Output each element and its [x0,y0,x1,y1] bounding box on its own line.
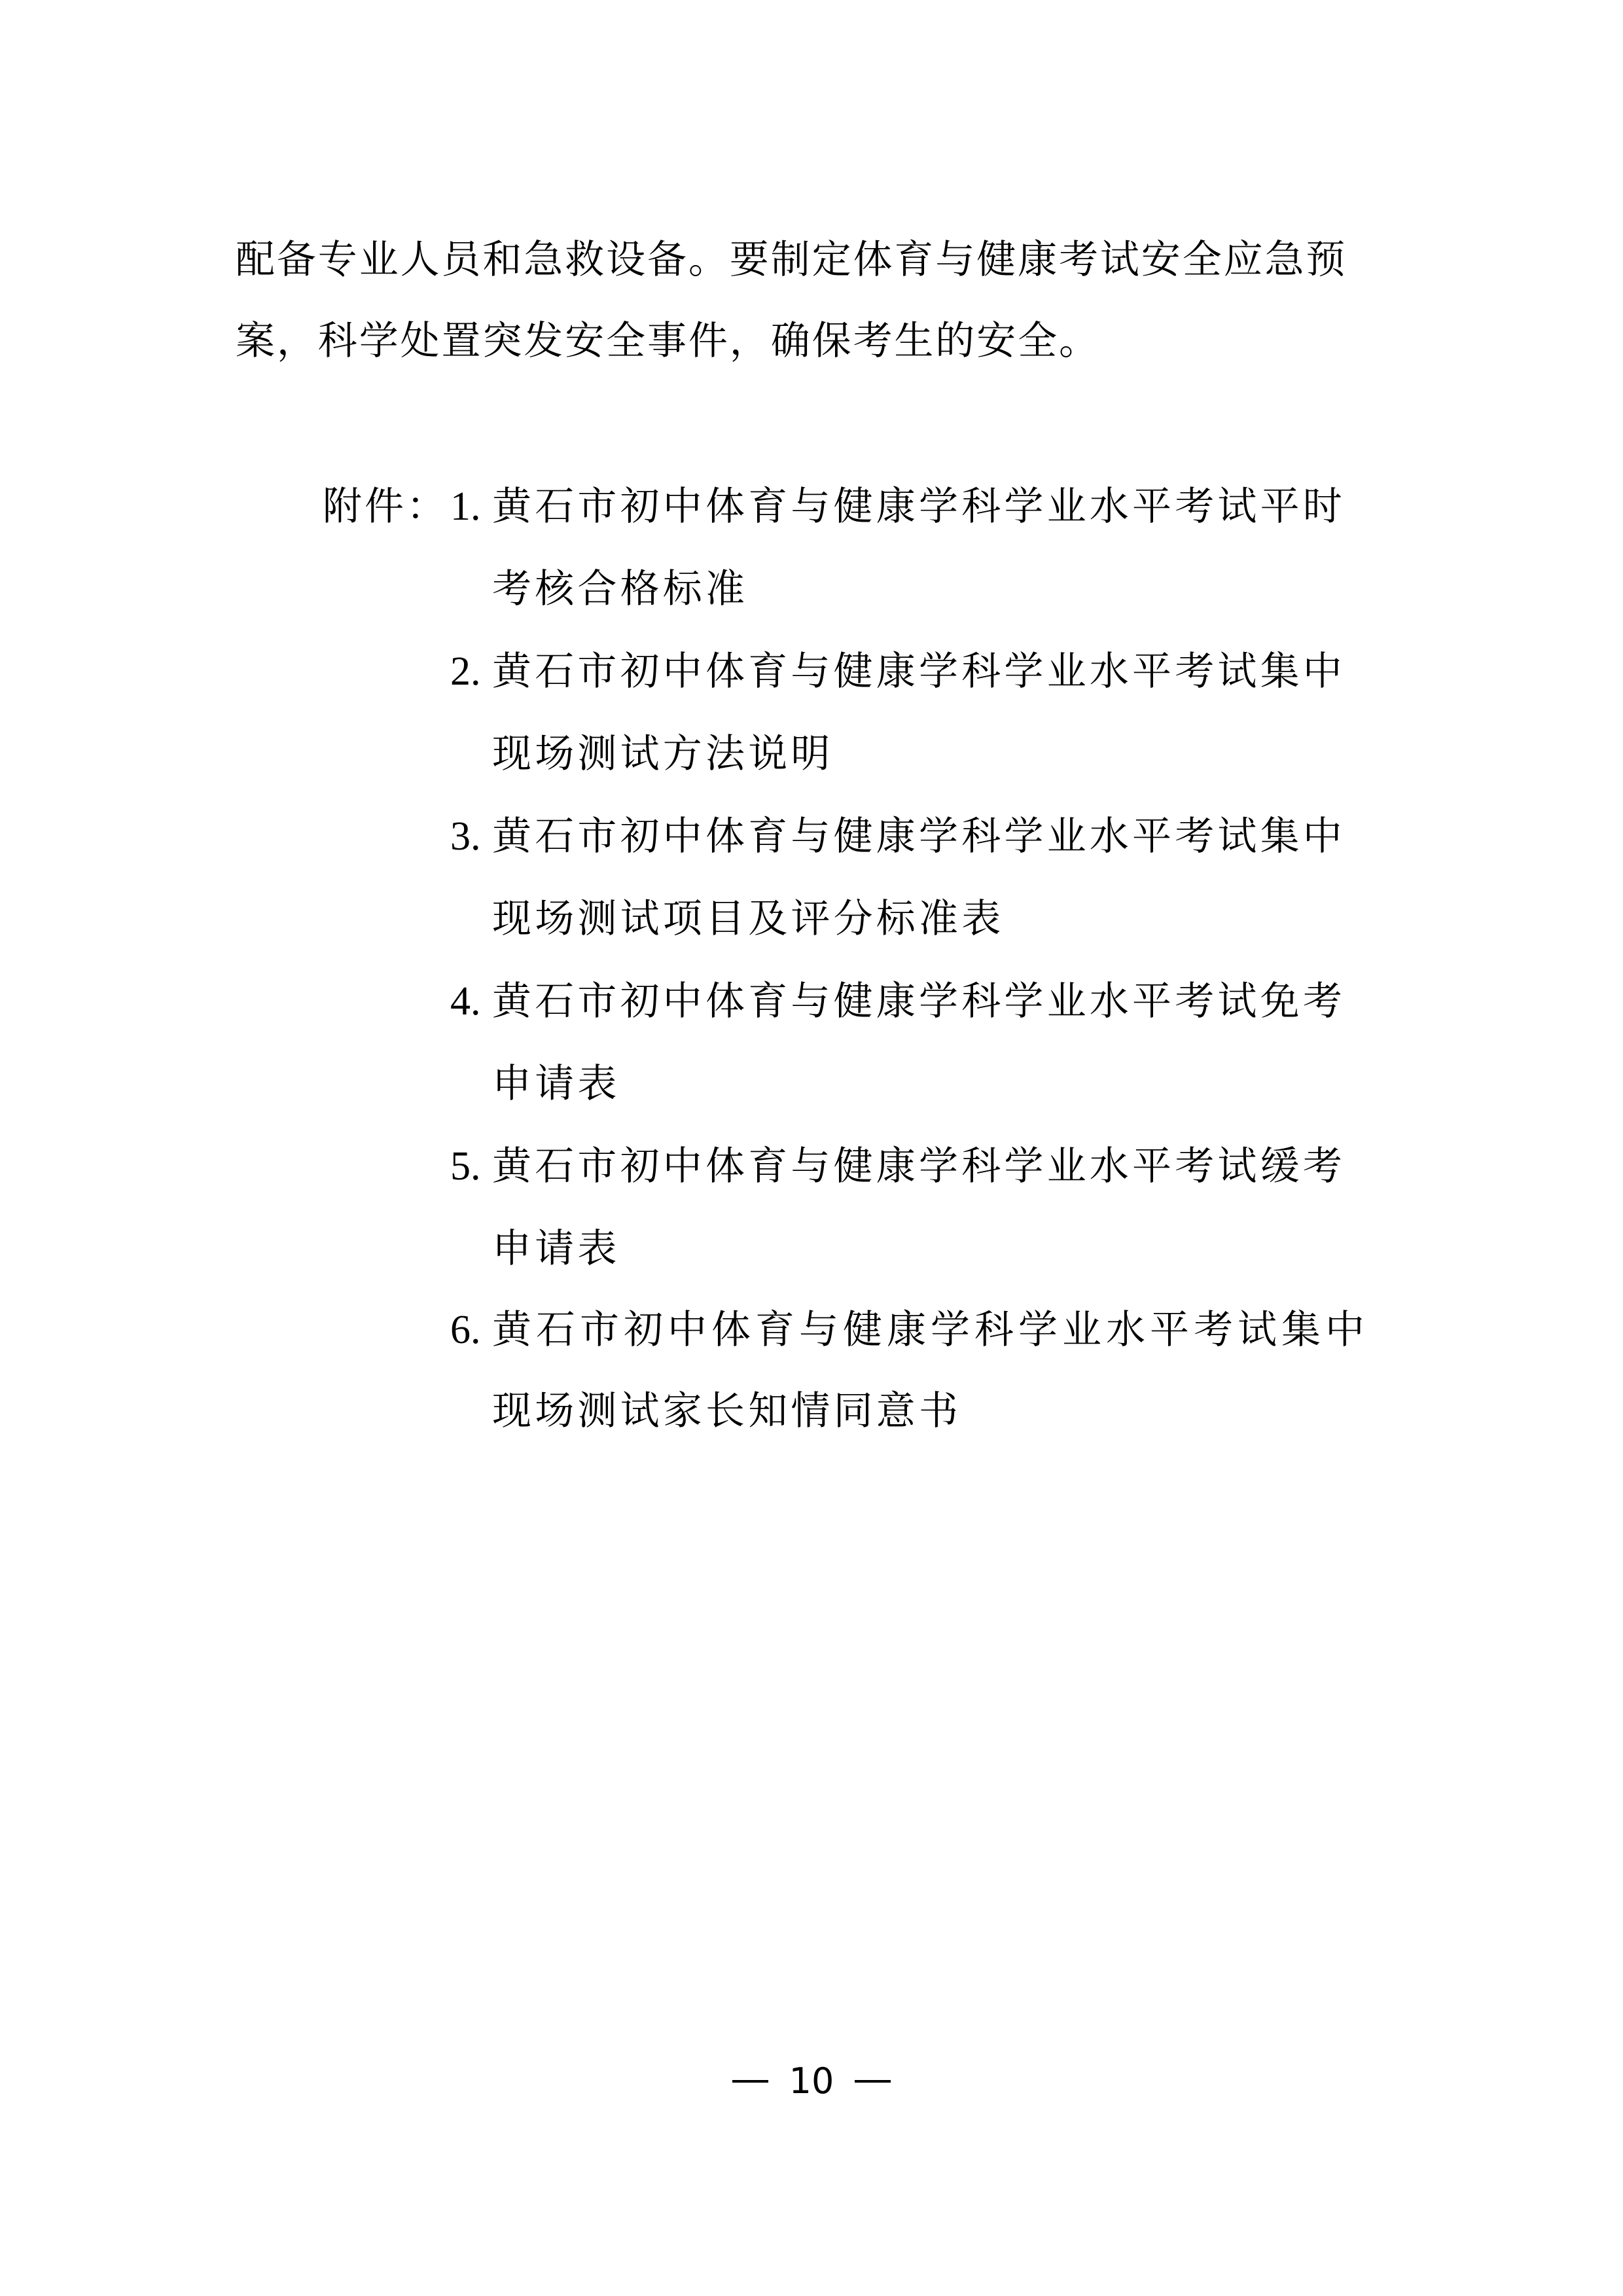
attachment-item-2-continuation: 现场测试方法说明 [0,713,1623,795]
attachments-label: 附件： [323,465,448,548]
attachment-title-line-2: 考核合格标准 [492,548,748,630]
attachment-item-3-continuation: 现场测试项目及评分标准表 [0,878,1623,960]
dash-left-decoration [732,2080,768,2083]
attachment-title-line-2: 申请表 [492,1043,620,1125]
attachment-number: 5. [450,1125,481,1208]
page-number: 10 [789,2055,834,2108]
attachment-item-4-continuation: 申请表 [0,1043,1623,1125]
attachment-title-line-1: 黄石市初中体育与健康学科学业水平考试集中 [492,1289,1369,1371]
attachment-title-line-1: 黄石市初中体育与健康学科学业水平考试免考 [492,960,1346,1043]
attachment-item-4: 4. 黄石市初中体育与健康学科学业水平考试免考 [0,960,1623,1043]
attachment-item-6: 6. 黄石市初中体育与健康学科学业水平考试集中 [0,1289,1623,1371]
attachment-item-5: 5. 黄石市初中体育与健康学科学业水平考试缓考 [0,1125,1623,1208]
attachment-title-line-2: 现场测试方法说明 [492,713,834,795]
attachment-title-line-1: 黄石市初中体育与健康学科学业水平考试缓考 [492,1125,1346,1208]
attachment-item-1: 附件： 1. 黄石市初中体育与健康学科学业水平考试平时 [0,465,1623,548]
attachment-number: 2. [450,630,481,713]
attachment-item-5-continuation: 申请表 [0,1208,1623,1290]
attachment-number: 6. [450,1289,481,1371]
body-paragraph-line-1: 配备专业人员和急救设备。要制定体育与健康考试安全应急预 [236,219,1347,300]
attachment-title-line-1: 黄石市初中体育与健康学科学业水平考试集中 [492,795,1346,878]
attachment-title-line-2: 现场测试项目及评分标准表 [492,878,1004,960]
attachment-title-line-2: 申请表 [492,1208,620,1290]
page-number-footer: 10 [0,2055,1623,2108]
attachment-number: 3. [450,795,481,878]
attachment-number: 4. [450,960,481,1043]
attachment-title-line-1: 黄石市初中体育与健康学科学业水平考试集中 [492,630,1346,713]
attachment-item-3: 3. 黄石市初中体育与健康学科学业水平考试集中 [0,795,1623,878]
attachment-title-line-2: 现场测试家长知情同意书 [492,1370,961,1452]
attachment-title-line-1: 黄石市初中体育与健康学科学业水平考试平时 [492,465,1346,548]
attachment-item-2: 2. 黄石市初中体育与健康学科学业水平考试集中 [0,630,1623,713]
attachment-number: 1. [450,465,481,548]
document-page: 配备专业人员和急救设备。要制定体育与健康考试安全应急预 案，科学处置突发安全事件… [0,0,1623,2296]
attachment-item-1-continuation: 考核合格标准 [0,548,1623,630]
dash-right-decoration [855,2080,891,2083]
body-paragraph-line-2: 案，科学处置突发安全事件，确保考生的安全。 [236,300,1100,382]
attachment-item-6-continuation: 现场测试家长知情同意书 [0,1370,1623,1452]
